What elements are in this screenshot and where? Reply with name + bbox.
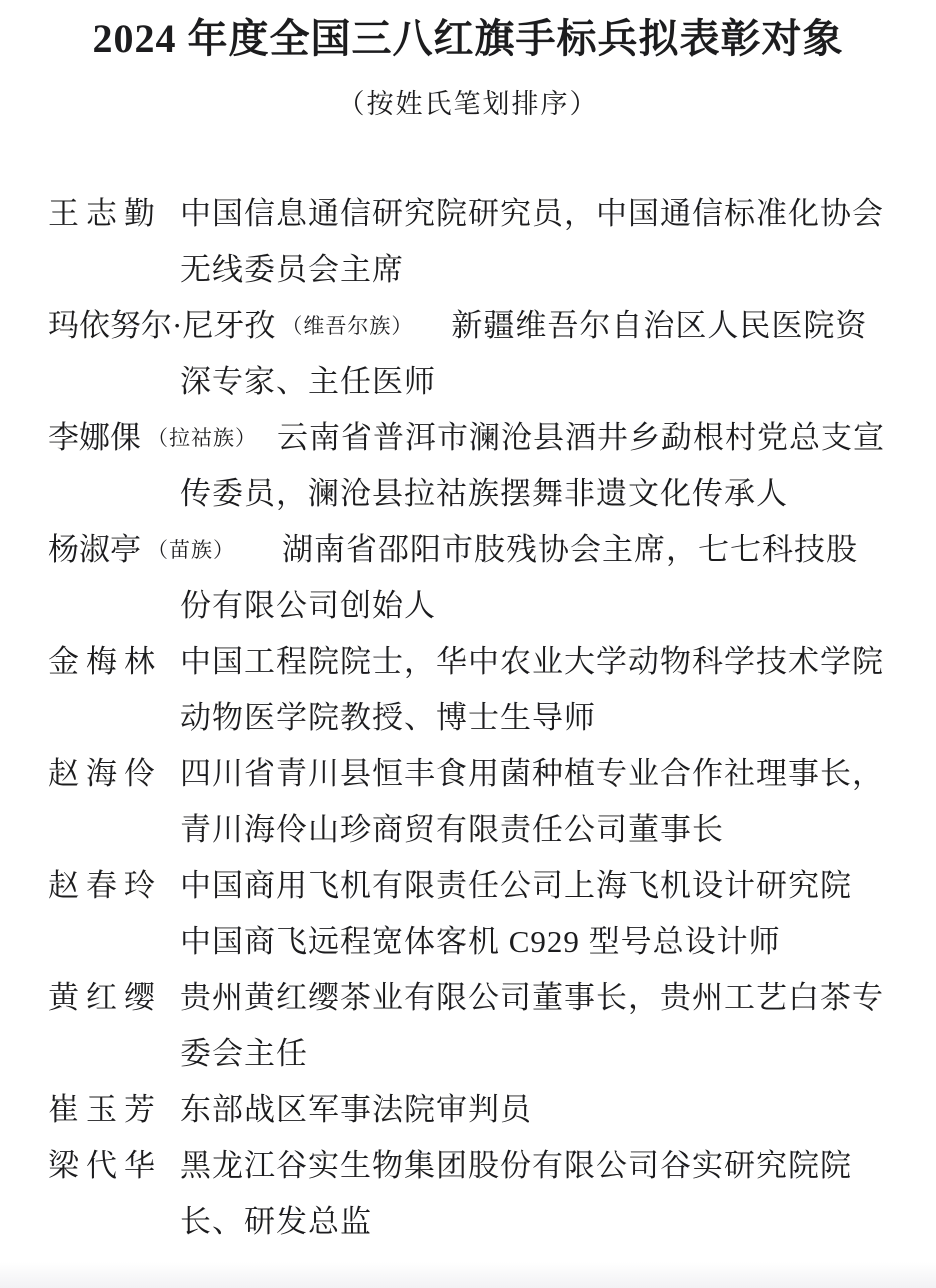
honoree-entry-line2: 青川海伶山珍商贸有限责任公司董事长 <box>48 810 916 866</box>
honoree-entry-line2: 无线委员会主席 <box>48 250 916 306</box>
honoree-entry-line1: 赵春玲 中国商用飞机有限责任公司上海飞机设计研究院 <box>48 866 916 922</box>
honoree-entry-line2: 长、研发总监 <box>48 1202 916 1258</box>
honoree-entry-line1: 玛依努尔·尼牙孜 （维吾尔族） 新疆维吾尔自治区人民医院资 <box>48 306 916 362</box>
document-page: 2024 年度全国三八红旗手标兵拟表彰对象 （按姓氏笔划排序） 王志勤 中国信息… <box>0 0 936 1288</box>
honoree-entry-line1: 黄红缨 贵州黄红缨茶业有限公司董事长，贵州工艺白茶专 <box>48 978 916 1034</box>
honoree-title-line1: 四川省青川县恒丰食用菌种植专业合作社理事长， <box>180 754 884 794</box>
honoree-entry-line1: 金梅林 中国工程院院士，华中农业大学动物科学技术学院 <box>48 642 916 698</box>
page-title: 2024 年度全国三八红旗手标兵拟表彰对象 <box>0 0 936 62</box>
honoree-title-line2: 委会主任 <box>180 1034 308 1074</box>
honoree-entry: 杨淑亭 （苗族） 湖南省邵阳市肢残协会主席，七七科技股 份有限公司创始人 <box>48 530 916 642</box>
honoree-entry-line1: 杨淑亭 （苗族） 湖南省邵阳市肢残协会主席，七七科技股 <box>48 530 916 586</box>
honoree-title-line2: 长、研发总监 <box>180 1202 372 1242</box>
honoree-entry: 梁代华 黑龙江谷实生物集团股份有限公司谷实研究院院 长、研发总监 <box>48 1146 916 1258</box>
page-bottom-shadow <box>0 1262 936 1288</box>
honoree-entry: 王志勤 中国信息通信研究院研究员，中国通信标准化协会 无线委员会主席 <box>48 194 916 306</box>
honoree-title-line1: 中国商用飞机有限责任公司上海飞机设计研究院 <box>180 866 852 906</box>
honoree-name: 王志勤 <box>48 194 180 234</box>
honoree-list: 王志勤 中国信息通信研究院研究员，中国通信标准化协会 无线委员会主席 玛依努尔·… <box>0 194 936 1258</box>
honoree-name: 崔玉芳 <box>48 1090 180 1130</box>
honoree-title-line1: 新疆维吾尔自治区人民医院资 <box>451 306 867 346</box>
honoree-name: 杨淑亭 <box>48 530 141 570</box>
honoree-ethnicity-label: （维吾尔族） <box>281 306 413 346</box>
honoree-title-line1: 贵州黄红缨茶业有限公司董事长，贵州工艺白茶专 <box>180 978 884 1018</box>
honoree-title-line1: 中国信息通信研究院研究员，中国通信标准化协会 <box>180 194 884 234</box>
honoree-ethnicity-label: （拉祜族） <box>147 418 257 458</box>
honoree-entry: 崔玉芳 东部战区军事法院审判员 <box>48 1090 916 1146</box>
honoree-entry-line2: 份有限公司创始人 <box>48 586 916 642</box>
honoree-name: 玛依努尔·尼牙孜 <box>48 306 275 346</box>
honoree-entry: 黄红缨 贵州黄红缨茶业有限公司董事长，贵州工艺白茶专 委会主任 <box>48 978 916 1090</box>
honoree-name: 李娜倮 <box>48 418 141 458</box>
honoree-entry-line1: 赵海伶 四川省青川县恒丰食用菌种植专业合作社理事长， <box>48 754 916 810</box>
honoree-title-line2: 动物医学院教授、博士生导师 <box>180 698 596 738</box>
honoree-title-line2: 份有限公司创始人 <box>180 586 436 626</box>
honoree-name: 黄红缨 <box>48 978 180 1018</box>
honoree-title-line1: 黑龙江谷实生物集团股份有限公司谷实研究院院 <box>180 1146 852 1186</box>
honoree-entry: 玛依努尔·尼牙孜 （维吾尔族） 新疆维吾尔自治区人民医院资 深专家、主任医师 <box>48 306 916 418</box>
honoree-title-line1: 湖南省邵阳市肢残协会主席，七七科技股 <box>282 530 858 570</box>
honoree-name: 赵海伶 <box>48 754 180 794</box>
honoree-title-line2: 青川海伶山珍商贸有限责任公司董事长 <box>180 810 724 850</box>
honoree-entry-line2: 中国商飞远程宽体客机 C929 型号总设计师 <box>48 922 916 978</box>
honoree-entry-line2: 委会主任 <box>48 1034 916 1090</box>
honoree-entry-line1: 王志勤 中国信息通信研究院研究员，中国通信标准化协会 <box>48 194 916 250</box>
honoree-title-line2: 传委员，澜沧县拉祜族摆舞非遗文化传承人 <box>180 474 788 514</box>
honoree-entry-line2: 动物医学院教授、博士生导师 <box>48 698 916 754</box>
honoree-ethnicity-label: （苗族） <box>147 530 235 570</box>
honoree-title-line1: 东部战区军事法院审判员 <box>180 1090 532 1130</box>
honoree-name: 梁代华 <box>48 1146 180 1186</box>
honoree-name: 赵春玲 <box>48 866 180 906</box>
honoree-title-line2: 深专家、主任医师 <box>180 362 436 402</box>
honoree-title-line2: 中国商飞远程宽体客机 C929 型号总设计师 <box>180 922 781 962</box>
honoree-entry-line1: 崔玉芳 东部战区军事法院审判员 <box>48 1090 916 1146</box>
honoree-entry: 金梅林 中国工程院院士，华中农业大学动物科学技术学院 动物医学院教授、博士生导师 <box>48 642 916 754</box>
honoree-entry-line1: 李娜倮 （拉祜族） 云南省普洱市澜沧县酒井乡勐根村党总支宣 <box>48 418 916 474</box>
honoree-title-line1: 云南省普洱市澜沧县酒井乡勐根村党总支宣 <box>277 418 885 458</box>
honoree-title-line1: 中国工程院院士，华中农业大学动物科学技术学院 <box>180 642 884 682</box>
page-subtitle: （按姓氏笔划排序） <box>0 88 936 120</box>
honoree-entry-line1: 梁代华 黑龙江谷实生物集团股份有限公司谷实研究院院 <box>48 1146 916 1202</box>
honoree-entry: 李娜倮 （拉祜族） 云南省普洱市澜沧县酒井乡勐根村党总支宣 传委员，澜沧县拉祜族… <box>48 418 916 530</box>
honoree-entry: 赵海伶 四川省青川县恒丰食用菌种植专业合作社理事长， 青川海伶山珍商贸有限责任公… <box>48 754 916 866</box>
honoree-entry-line2: 传委员，澜沧县拉祜族摆舞非遗文化传承人 <box>48 474 916 530</box>
honoree-title-line2: 无线委员会主席 <box>180 250 404 290</box>
honoree-entry: 赵春玲 中国商用飞机有限责任公司上海飞机设计研究院 中国商飞远程宽体客机 C92… <box>48 866 916 978</box>
honoree-name: 金梅林 <box>48 642 180 682</box>
honoree-entry-line2: 深专家、主任医师 <box>48 362 916 418</box>
